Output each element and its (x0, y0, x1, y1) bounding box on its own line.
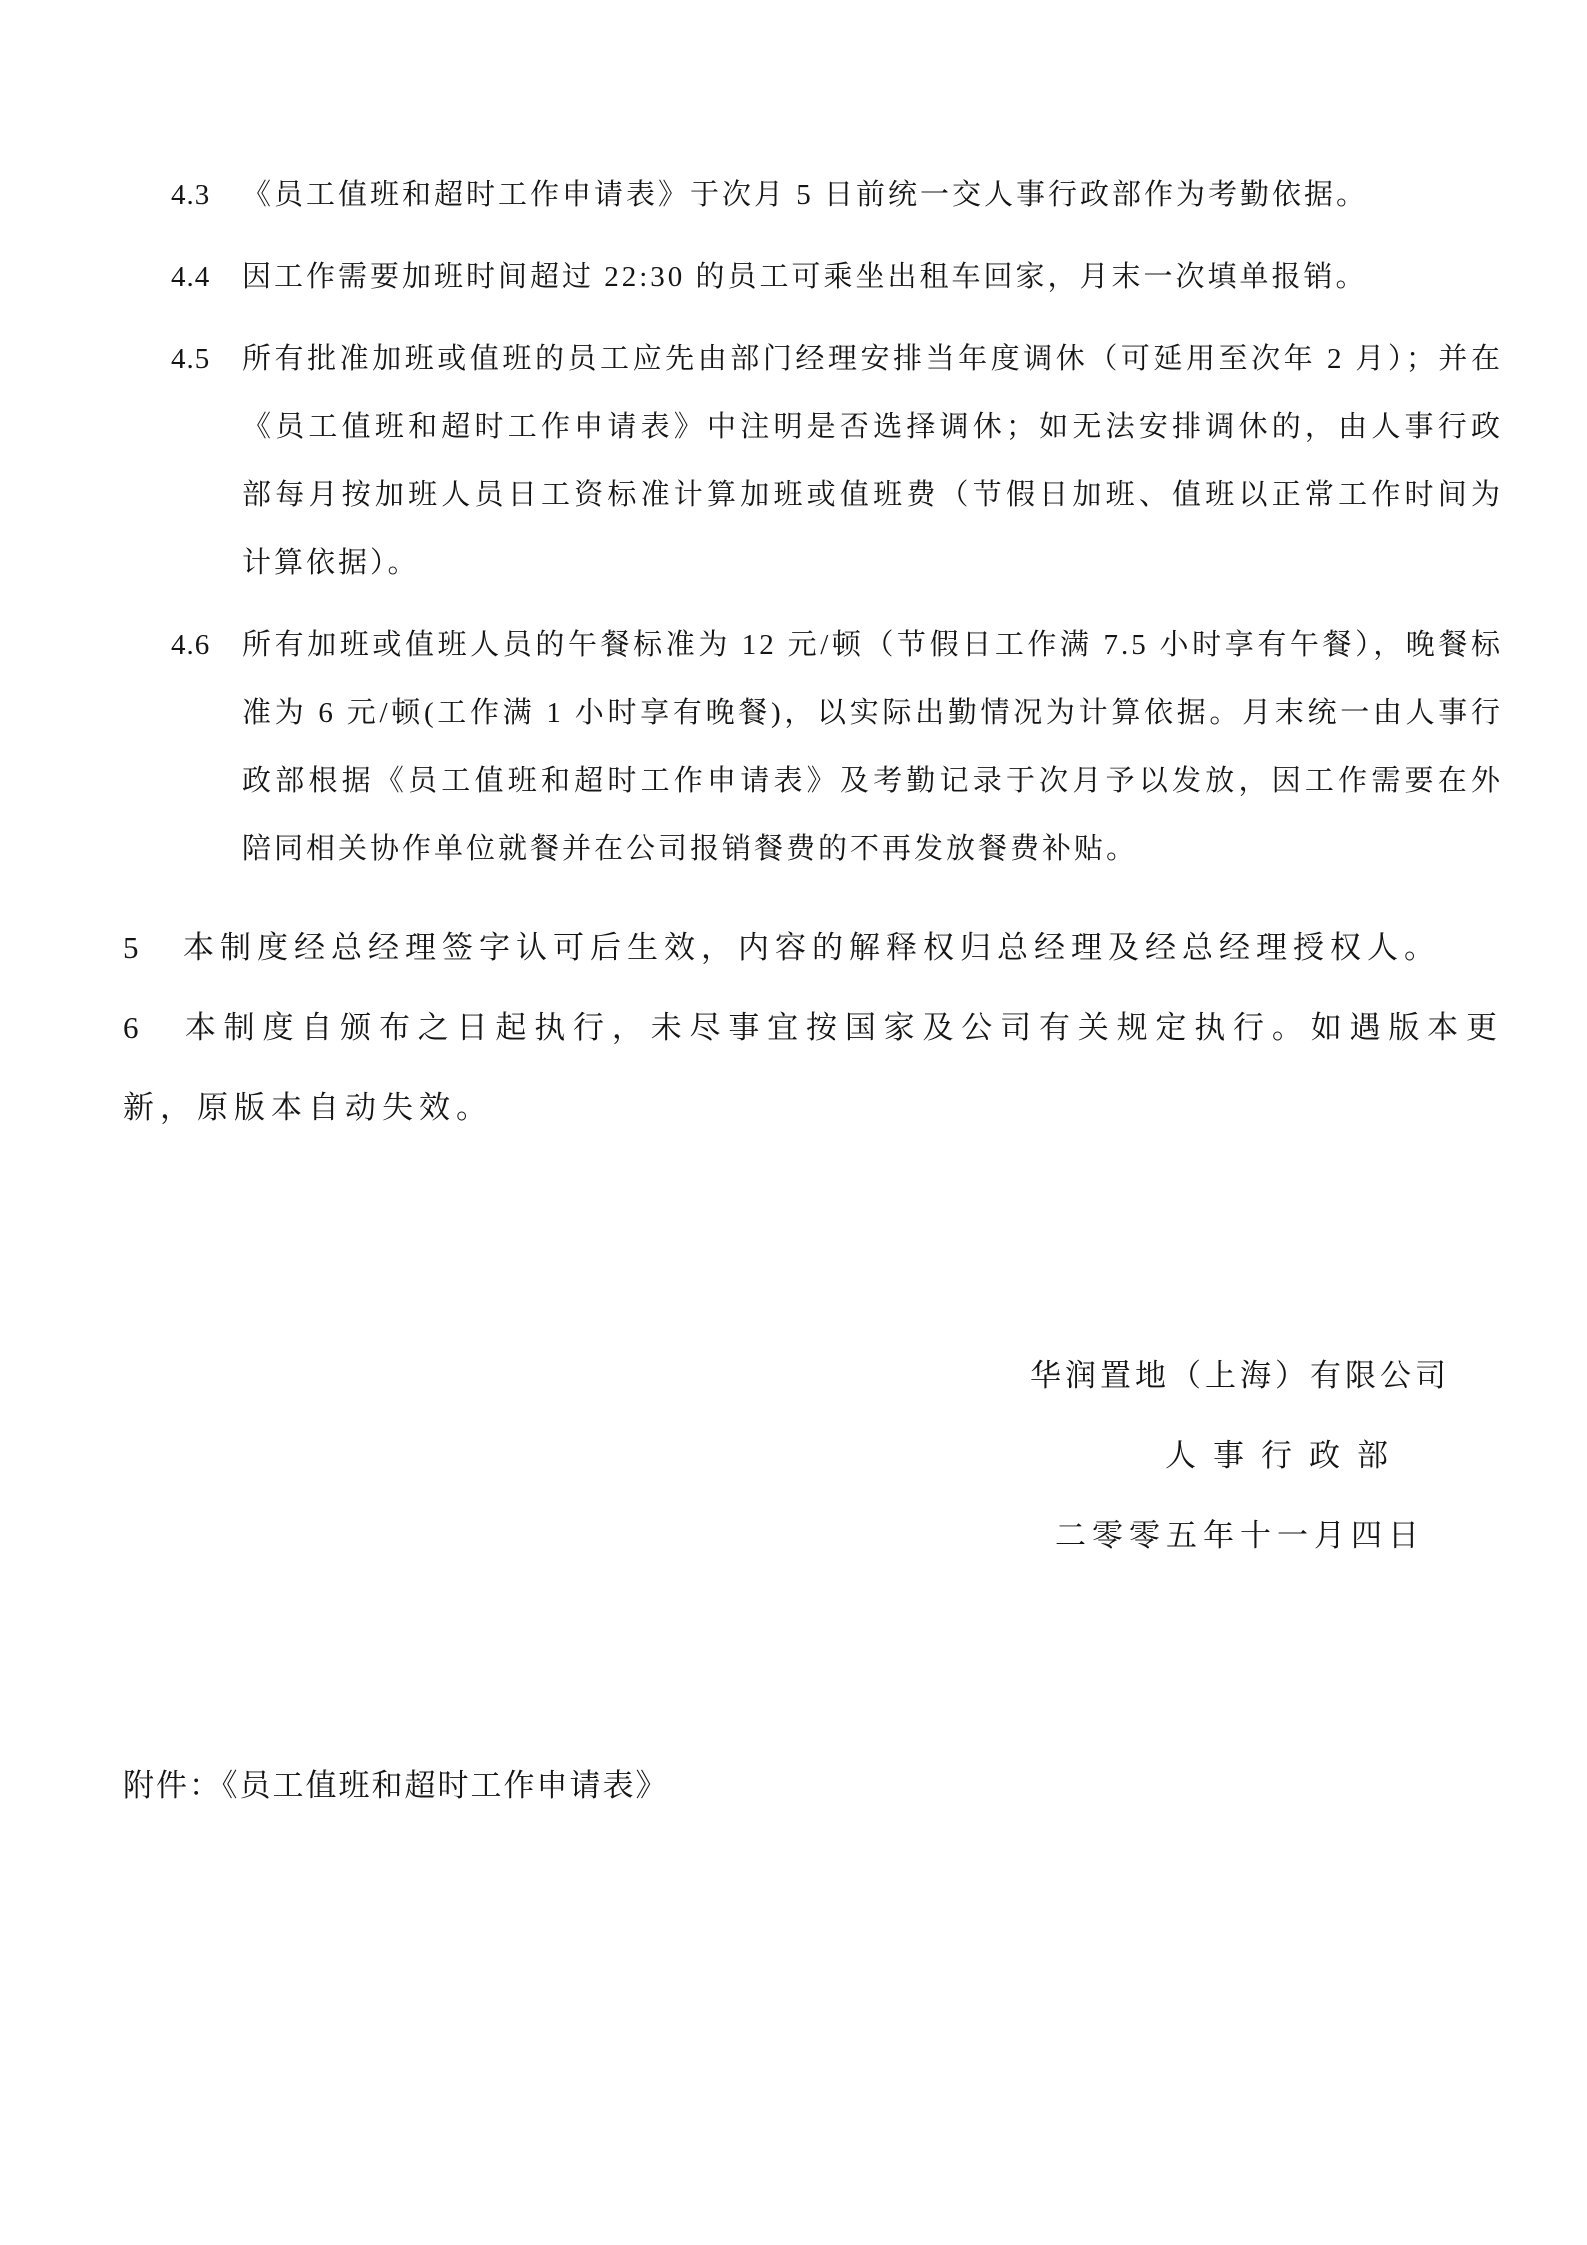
section-6-line-2: 新，原版本自动失效。 (123, 1068, 1503, 1148)
section-text: 本制度经总经理签字认可后生效，内容的解释权归总经理及经总经理授权人。 (183, 930, 1441, 965)
clause-text-line: 所有批准加班或值班的员工应先由部门经理安排当年度调休（可延用至次年 2 月）；并… (242, 325, 1503, 393)
section-6-line-1: 6本制度自颁布之日起执行，未尽事宜按国家及公司有关规定执行。如遇版本更 (123, 988, 1503, 1068)
clause-text-line: 准为 6 元/顿(工作满 1 小时享有晚餐)，以实际出勤情况为计算依据。月末统一… (242, 679, 1503, 747)
clause-text-line: 《员工值班和超时工作申请表》于次月 5 日前统一交人事行政部作为考勤依据。 (242, 161, 1503, 229)
clause-4-6: 4.6 所有加班或值班人员的午餐标准为 12 元/顿（节假日工作满 7.5 小时… (171, 611, 1503, 883)
attachment-note: 附件：《员工值班和超时工作申请表》 (123, 1746, 1587, 1826)
clause-list: 4.3 《员工值班和超时工作申请表》于次月 5 日前统一交人事行政部作为考勤依据… (171, 0, 1503, 883)
clause-number: 4.5 (171, 325, 242, 393)
section-text: 本制度自颁布之日起执行，未尽事宜按国家及公司有关规定执行。如遇版本更 (183, 1010, 1503, 1045)
clause-number: 4.4 (171, 243, 242, 311)
clause-text-line: 政部根据《员工值班和超时工作申请表》及考勤记录于次月予以发放，因工作需要在外 (242, 747, 1503, 815)
document-page: 4.3 《员工值班和超时工作申请表》于次月 5 日前统一交人事行政部作为考勤依据… (0, 0, 1587, 2245)
signature-company: 华润置地（上海）有限公司 (1005, 1336, 1475, 1416)
section-number: 6 (123, 988, 183, 1068)
clause-text-line: 因工作需要加班时间超过 22:30 的员工可乘坐出租车回家，月末一次填单报销。 (242, 243, 1503, 311)
clause-text-line: 所有加班或值班人员的午餐标准为 12 元/顿（节假日工作满 7.5 小时享有午餐… (242, 611, 1503, 679)
clause-text-line: 部每月按加班人员日工资标准计算加班或值班费（节假日加班、值班以正常工作时间为 (242, 461, 1503, 529)
clause-body: 所有加班或值班人员的午餐标准为 12 元/顿（节假日工作满 7.5 小时享有午餐… (242, 611, 1503, 883)
clause-4-4: 4.4 因工作需要加班时间超过 22:30 的员工可乘坐出租车回家，月末一次填单… (171, 243, 1503, 311)
signature-block: 华润置地（上海）有限公司 人事行政部 二零零五年十一月四日 (1005, 1336, 1475, 1576)
clause-body: 所有批准加班或值班的员工应先由部门经理安排当年度调休（可延用至次年 2 月）；并… (242, 325, 1503, 597)
clause-4-5: 4.5 所有批准加班或值班的员工应先由部门经理安排当年度调休（可延用至次年 2 … (171, 325, 1503, 597)
clause-text-line: 计算依据）。 (242, 529, 1503, 597)
section-5: 5本制度经总经理签字认可后生效，内容的解释权归总经理及经总经理授权人。 (123, 908, 1503, 988)
clause-4-3: 4.3 《员工值班和超时工作申请表》于次月 5 日前统一交人事行政部作为考勤依据… (171, 161, 1503, 229)
signature-date: 二零零五年十一月四日 (1005, 1496, 1475, 1576)
clause-body: 《员工值班和超时工作申请表》于次月 5 日前统一交人事行政部作为考勤依据。 (242, 161, 1503, 229)
clause-text-line: 陪同相关协作单位就餐并在公司报销餐费的不再发放餐费补贴。 (242, 815, 1503, 883)
signature-department: 人事行政部 (1005, 1416, 1475, 1496)
clause-number: 4.3 (171, 161, 242, 229)
section-list: 5本制度经总经理签字认可后生效，内容的解释权归总经理及经总经理授权人。 6本制度… (123, 908, 1503, 1148)
clause-number: 4.6 (171, 611, 242, 679)
clause-text-line: 《员工值班和超时工作申请表》中注明是否选择调休；如无法安排调休的，由人事行政 (242, 393, 1503, 461)
section-number: 5 (123, 908, 183, 988)
clause-body: 因工作需要加班时间超过 22:30 的员工可乘坐出租车回家，月末一次填单报销。 (242, 243, 1503, 311)
